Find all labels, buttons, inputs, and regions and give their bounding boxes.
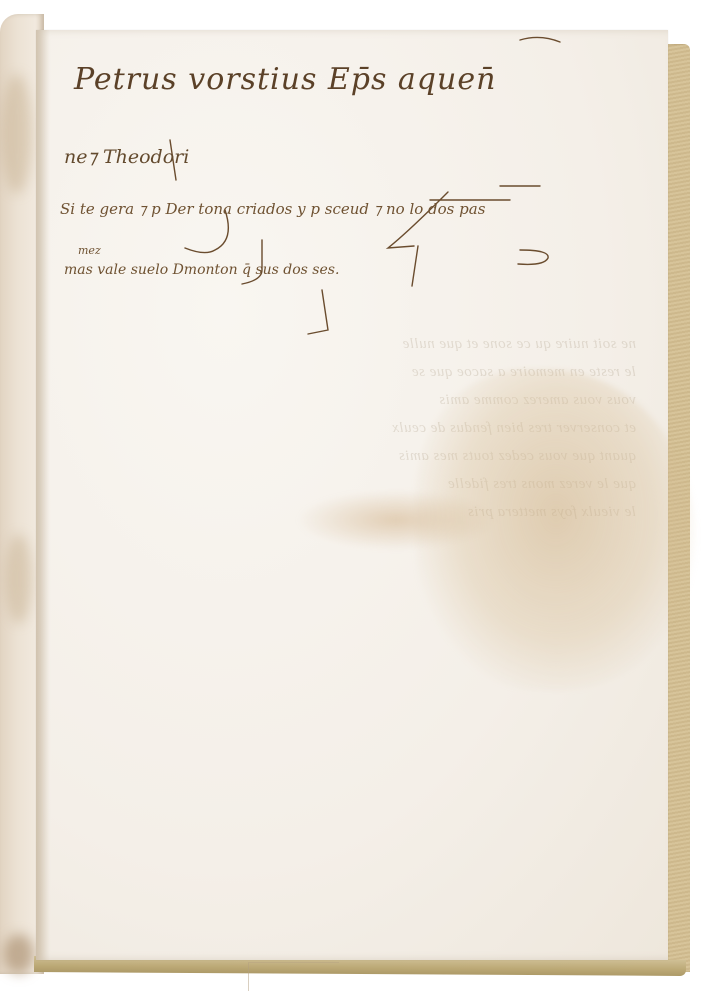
inscription-superscript: mez (78, 244, 101, 257)
inscription-motto-line-2: mas vale suelo Dmonton q̄ sus dos ses. (64, 262, 339, 278)
water-stain (296, 490, 496, 550)
photo-scene: ne soit nuire qu ce sone et que nulle le… (0, 0, 712, 1000)
inscription-line-2: ne⁊ Theodori (64, 146, 189, 168)
manuscript-page: ne soit nuire qu ce sone et que nulle le… (36, 30, 668, 960)
inscription-motto-line-1: Si te gera ⁊ p Der tona criados y p sceu… (60, 200, 485, 218)
inscription-owner-name: Petrus vorstius Ep̄s aquen̄ (74, 62, 496, 97)
left-page-stain (4, 934, 34, 974)
faint-ruling-mark (248, 962, 339, 991)
left-page-stain (6, 534, 32, 624)
left-page-stain (2, 74, 32, 194)
page-gutter-shadow (36, 30, 50, 960)
bleed-line: ne soit nuire qu ce sone et que nulle (76, 330, 636, 358)
